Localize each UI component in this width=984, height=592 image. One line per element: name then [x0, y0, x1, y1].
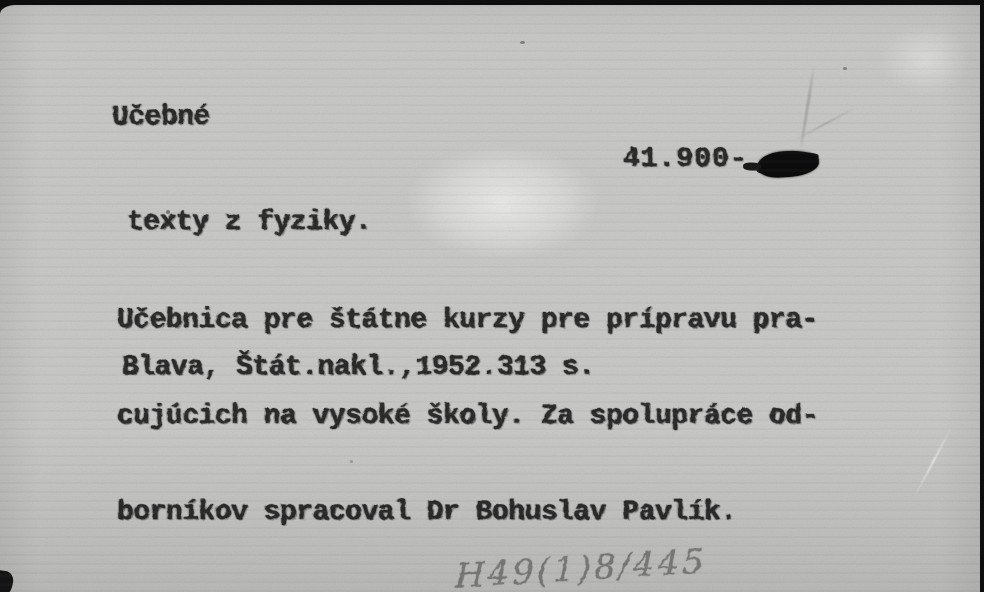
paper-speck — [166, 210, 170, 214]
catalog-card: Učebné 41.900- texty z fyziky. Učebnica … — [0, 5, 980, 592]
description-line: borníkov spracoval Dr Bohuslav Pavlík. — [117, 497, 818, 529]
imprint-text: Blava, Štát.nakl.,1952.313 s. — [122, 352, 595, 384]
description-text: Učebnica pre štátne kurzy pre prípravu p… — [117, 241, 818, 592]
call-number: 41.900- — [623, 144, 748, 176]
description-line: Učebnica pre štátne kurzy pre prípravu p… — [117, 305, 818, 337]
typewritten-text-layer: Učebné 41.900- texty z fyziky. Učebnica … — [0, 5, 980, 592]
paper-speck — [843, 67, 847, 70]
paper-speck — [350, 460, 353, 463]
heading-text: Učebné — [112, 102, 210, 135]
description-line: cujúcich na vysoké školy. Za spolupráce … — [117, 401, 818, 433]
paper-speck — [700, 505, 703, 507]
catalog-card-scan: Učebné 41.900- texty z fyziky. Učebnica … — [0, 0, 984, 592]
title-text: texty z fyziky. — [127, 207, 372, 239]
paper-speck — [520, 41, 525, 44]
